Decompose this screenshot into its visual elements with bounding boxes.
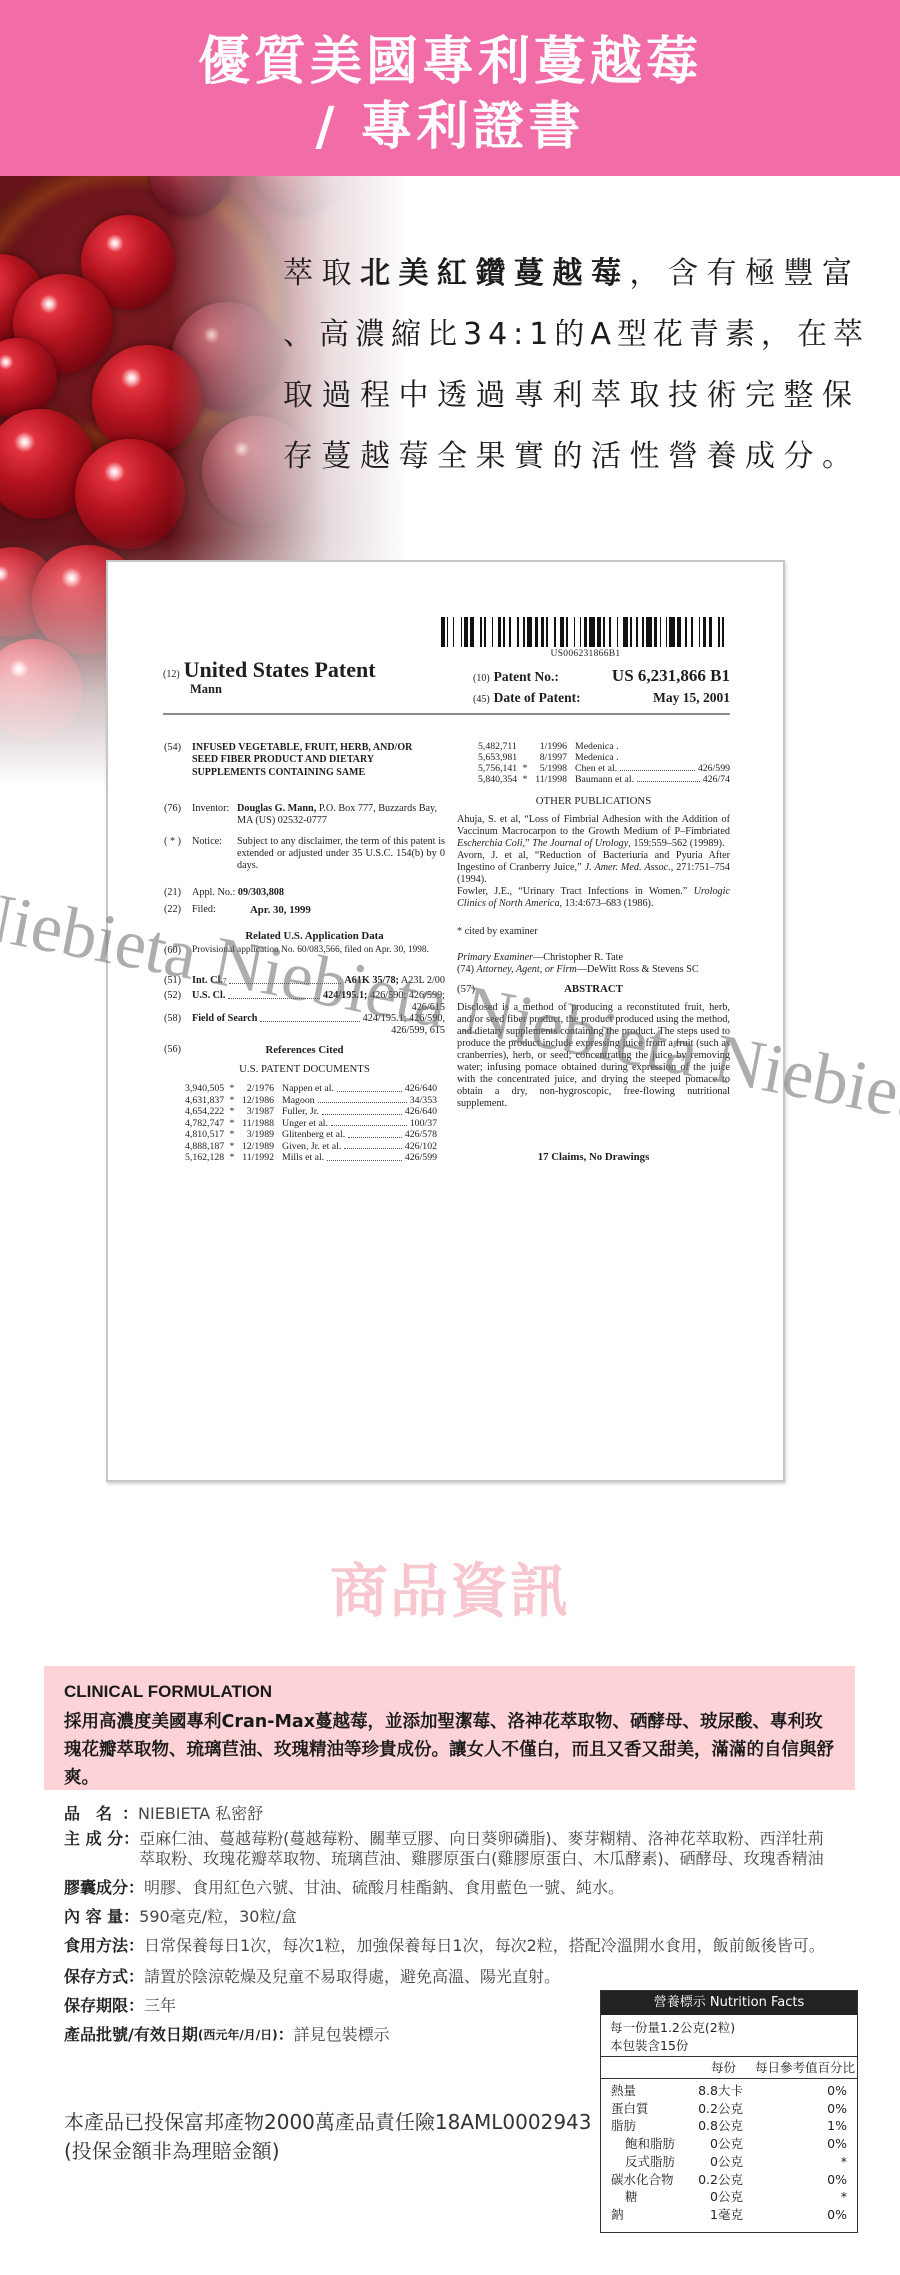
dot-leader: [322, 1114, 402, 1115]
reference-row: 3,940,505 * 2/1976 Nappen et al. 426/640: [185, 1083, 437, 1095]
reference-date: 1/1996: [534, 741, 567, 752]
notice-text: Subject to any disclaimer, the term of t…: [237, 836, 445, 872]
barcode-bar: [699, 617, 701, 647]
application-number-field: (21) Appl. No.: 09/303,808: [164, 887, 445, 899]
publication-text: , 13:4:673–683 (1986).: [560, 898, 654, 909]
nutrient-name: 飽和脂肪: [601, 2135, 693, 2153]
barcode-bar: [523, 617, 525, 647]
barcode-bar: [654, 617, 658, 647]
reference-name: Glitenberg et al.: [282, 1129, 345, 1141]
barcode-bar: [484, 617, 486, 647]
application-number: 09/303,808: [238, 887, 284, 898]
nutrient-daily-value: 0%: [743, 2082, 857, 2100]
barcode-bar: [527, 617, 533, 647]
field-code: (12): [163, 669, 180, 680]
nutrition-row: 鈉 1毫克 0%: [601, 2206, 857, 2224]
reference-number: 4,810,517: [185, 1129, 223, 1141]
reference-class: 426/578: [405, 1129, 437, 1141]
insurance-line: 本產品已投保富邦產物2000萬產品責任險18AML0002943: [64, 2108, 592, 2137]
abstract-heading-row: (57) ABSTRACT: [457, 983, 730, 995]
servings-per-package: 本包裝含15份: [610, 2037, 848, 2055]
barcode-bar: [566, 617, 568, 647]
intro-text: 萃取: [283, 256, 360, 291]
reference-date: 12/1986: [241, 1095, 274, 1107]
product-info-heading: 商品資訊: [0, 1556, 900, 1626]
barcode-bar: [685, 617, 687, 647]
field-of-search-value: 424/195.1; 426/590,: [363, 1013, 445, 1025]
barcode-bar: [546, 617, 548, 647]
nutrient-daily-value: *: [743, 2188, 857, 2206]
inventor-label: Inventor:: [192, 803, 237, 827]
notice-field: ( * ) Notice: Subject to any disclaimer,…: [164, 836, 445, 872]
barcode-bar: [509, 617, 511, 647]
publication-text: Ahuja, S. et al, “Loss of Fimbrial Adhes…: [457, 814, 730, 837]
examiner-star: *: [516, 763, 534, 774]
nutrient-daily-value: 0%: [743, 2171, 857, 2189]
nutrition-row: 熱量 8.8大卡 0%: [601, 2082, 857, 2100]
patent-certificate: US006231866B1 (12) United States Patent …: [106, 560, 785, 1482]
barcode-bar: [722, 617, 724, 647]
nutrition-row: 脂肪 0.8公克 1%: [601, 2117, 857, 2135]
nutrient-per-serving: 0公克: [693, 2153, 743, 2171]
nutrient-per-serving: 0.2公克: [693, 2171, 743, 2189]
detail-row: 膠囊成分 ： 明膠、食用紅色六號、甘油、硫酸月桂酯鈉、食用藍色一號、純水。: [64, 1878, 856, 1898]
field-code: (57): [457, 983, 485, 995]
reference-date: 2/1976: [241, 1083, 274, 1095]
examiner-block: Primary Examiner—Christopher R. Tate (74…: [457, 952, 730, 976]
reference-name: Chen et al.: [575, 763, 617, 774]
reference-class: 426/640: [405, 1106, 437, 1118]
reference-number: 4,654,222: [185, 1106, 223, 1118]
cited-by-examiner-note: * cited by examiner: [457, 926, 730, 938]
reference-date: 11/1988: [241, 1118, 274, 1130]
provisional-field: (60) Provisional application No. 60/083,…: [164, 945, 445, 957]
int-class-edition: 7: [223, 975, 227, 987]
barcode-bar: [517, 617, 519, 647]
dot-leader: [620, 770, 695, 771]
reference-class: 426/599: [698, 763, 730, 774]
page-title-line1: 優質美國專利蔓越莓: [0, 30, 900, 94]
detail-row: 食用方法 ： 日常保養每日1次，每次1粒，加強保養每日1次，每次2粒，搭配冷溫開…: [64, 1936, 856, 1956]
field-code: (22): [164, 904, 192, 916]
field-code: (76): [164, 803, 192, 827]
barcode-bar: [580, 617, 582, 647]
detail-colon: ：: [122, 1804, 138, 1824]
field-code: (10): [473, 673, 490, 684]
barcode-bar: [554, 617, 556, 647]
nutrition-row: 糖 0公克 *: [601, 2188, 857, 2206]
barcode-bar: [630, 617, 632, 647]
detail-label: 保存期限: [64, 1996, 128, 2016]
dot-leader: [337, 1091, 402, 1092]
field-code: (45): [473, 694, 490, 705]
examiner-star: *: [223, 1141, 241, 1153]
dot-leader: [331, 1125, 407, 1126]
reference-row: 4,810,517 * 3/1989 Glitenberg et al. 426…: [185, 1129, 437, 1141]
detail-row: 主 成 分 ： 亞麻仁油、蔓越莓粉(蔓越莓粉、關華豆膠、向日葵卵磷脂)、麥芽糊精…: [64, 1829, 856, 1869]
barcode-bar: [535, 617, 539, 647]
nutrient-name: 脂肪: [601, 2117, 693, 2135]
barcode-bar: [584, 617, 588, 647]
field-of-search-label: Field of Search: [192, 1013, 257, 1025]
intro-paragraph: 萃取北美紅鑽蔓越莓，含有極豐富 、高濃縮比34:1的A型花青素，在萃 取過程中透…: [283, 243, 869, 487]
barcode-bar: [691, 617, 693, 647]
patent-title-field: (54) INFUSED VEGETABLE, FRUIT, HERB, AND…: [164, 742, 445, 779]
publication-entry: Ahuja, S. et al, “Loss of Fimbrial Adhes…: [457, 814, 730, 850]
barcode-bar: [464, 617, 468, 647]
field-of-search-continued: 426/599, 615: [192, 1025, 445, 1037]
nutrient-per-serving: 0公克: [693, 2188, 743, 2206]
barcode-bar: [574, 617, 576, 647]
reference-name: Mills et al.: [282, 1152, 324, 1164]
intro-text: ，含有極豐富: [630, 256, 861, 291]
publication-text: Fowler, J.E., “Urinary Tract Infections …: [457, 886, 694, 897]
barcode-bar: [503, 617, 505, 647]
detail-label: 品 名: [64, 1804, 122, 1824]
reference-name: Given, Jr. et al.: [282, 1141, 341, 1153]
patent-date-label: Date of Patent:: [494, 690, 581, 705]
nutrition-row: 碳水化合物 0.2公克 0%: [601, 2171, 857, 2189]
reference-date: 5/1998: [534, 763, 567, 774]
nutrient-daily-value: 0%: [743, 2100, 857, 2118]
patent-title: INFUSED VEGETABLE, FRUIT, HERB, AND/OR S…: [192, 742, 427, 779]
barcode-bar: [461, 617, 463, 647]
nutrition-facts-table: 營養標示 Nutrition Facts 每一份量1.2公克(2粒) 本包裝含1…: [600, 1990, 858, 2233]
barcode-bar: [636, 617, 638, 647]
patent-type: United States Patent: [184, 657, 376, 682]
filed-label: Filed:: [192, 904, 250, 916]
detail-label: 膠囊成分: [64, 1878, 128, 1898]
barcode-bar: [492, 617, 494, 647]
reference-number: 4,782,747: [185, 1118, 223, 1130]
us-patent-documents-heading: U.S. PATENT DOCUMENTS: [164, 1063, 445, 1075]
formulation-text: 採用高濃度美國專利Cran-Max蔓越莓，並添加聖潔莓、洛神花萃取物、硒酵母、玻…: [64, 1708, 835, 1792]
reference-number: 5,482,711: [478, 741, 516, 752]
examiner-name: —Christopher R. Tate: [533, 952, 623, 963]
detail-colon: ：: [278, 2025, 294, 2045]
barcode-bar: [642, 617, 644, 647]
barcode-bar: [453, 617, 455, 647]
barcode-icon: [441, 617, 730, 647]
dot-leader: [344, 1148, 402, 1149]
barcode-bar: [498, 617, 502, 647]
examiner-star: *: [223, 1118, 241, 1130]
patent-type-block: (12) United States Patent Mann: [163, 658, 376, 697]
barcode-bar: [470, 617, 474, 647]
examiner-star: *: [223, 1152, 241, 1164]
other-publications-list: Ahuja, S. et al, “Loss of Fimbrial Adhes…: [457, 814, 730, 910]
reference-name: Nappen et al.: [282, 1083, 334, 1095]
publication-text: Escherchia Coli,: [457, 838, 525, 849]
notice-label: Notice:: [192, 836, 237, 872]
attorney-name: —DeWitt Ross & Stevens SC: [577, 964, 699, 975]
intro-line: 取過程中透過專利萃取技術完整保: [283, 365, 869, 426]
field-code: (58): [164, 1013, 192, 1037]
reference-row: 4,782,747 * 11/1988 Unger et al. 100/37: [185, 1118, 437, 1130]
nutrition-row: 飽和脂肪 0公克 0%: [601, 2135, 857, 2153]
nutrition-rows: 熱量 8.8大卡 0% 蛋白質 0.2公克 0% 脂肪 0.8公克 1% 飽和脂…: [601, 2079, 857, 2224]
col-per-serving: 每份: [601, 2057, 736, 2078]
nutrient-name: 蛋白質: [601, 2100, 693, 2118]
detail-colon: ：: [123, 1829, 139, 1869]
barcode-bar: [447, 617, 449, 647]
reference-number: 3,940,505: [185, 1083, 223, 1095]
detail-colon: ：: [128, 1967, 144, 1987]
claims-summary: 17 Claims, No Drawings: [457, 1151, 730, 1163]
reference-number: 5,840,354: [478, 774, 516, 785]
reference-class: 426/74: [703, 774, 730, 785]
examiner-star: *: [223, 1095, 241, 1107]
detail-value: 590毫克/粒，30粒/盒: [139, 1907, 856, 1927]
page-header-banner: 優質美國專利蔓越莓 / 專利證書: [0, 0, 900, 176]
nutrient-daily-value: 0%: [743, 2206, 857, 2224]
detail-row: 品 名 ： NIEBIETA 私密舒: [64, 1804, 856, 1824]
nutrient-per-serving: 8.8大卡: [693, 2082, 743, 2100]
nutrition-title: 營養標示 Nutrition Facts: [601, 1991, 857, 2015]
detail-value: NIEBIETA 私密舒: [138, 1804, 856, 1824]
insurance-disclaimer: (投保金額非為理賠金額): [64, 2137, 592, 2166]
reference-class: 426/102: [405, 1141, 437, 1153]
barcode-bar: [541, 617, 545, 647]
publication-text: , 159:559–562 (19989).: [628, 838, 724, 849]
nutrient-name: 糖: [601, 2188, 693, 2206]
examiner-star: *: [516, 774, 534, 785]
nutrient-name: 熱量: [601, 2082, 693, 2100]
reference-row: 4,888,187 * 12/1989 Given, Jr. et al. 42…: [185, 1141, 437, 1153]
barcode-bar: [677, 617, 681, 647]
field-code: (54): [164, 742, 192, 779]
detail-colon: ：: [128, 1996, 144, 2016]
intro-highlight: 北美紅鑽蔓越莓: [360, 256, 630, 291]
reference-date: 8/1997: [534, 752, 567, 763]
patent-date: May 15, 2001: [653, 688, 730, 707]
dot-leader: [229, 983, 341, 984]
reference-number: 4,888,187: [185, 1141, 223, 1153]
barcode-bar: [480, 617, 482, 647]
us-class-label: U.S. Cl.: [192, 990, 225, 1002]
reference-class: 426/640: [405, 1083, 437, 1095]
detail-label: 內 容 量: [64, 1907, 123, 1927]
serving-size: 每一份量1.2公克(2粒): [610, 2019, 848, 2037]
field-code: ( * ): [164, 836, 192, 872]
intro-line: 、高濃縮比34:1的A型花青素，在萃: [283, 304, 869, 365]
reference-row: 5,653,981 8/1997 Medenica .: [478, 752, 730, 763]
reference-number: 4,631,837: [185, 1095, 223, 1107]
reference-class: 426/599: [405, 1152, 437, 1164]
barcode-bar: [666, 617, 668, 647]
nutrition-column-headers: 每份 每日參考值百分比: [601, 2057, 857, 2079]
inventor-field: (76) Inventor: Douglas G. Mann, P.O. Box…: [164, 803, 445, 827]
header-divider: [163, 713, 730, 715]
references-heading: References Cited: [192, 1044, 445, 1056]
reference-date: 11/1998: [534, 774, 567, 785]
examiner-star: *: [223, 1083, 241, 1095]
int-class-secondary: A23L 2/00: [399, 975, 445, 987]
filed-date-field: (22) Filed: Apr. 30, 1999: [164, 904, 445, 916]
col-daily-value: 每日參考值百分比: [736, 2057, 857, 2078]
references-heading-row: (56) References Cited: [164, 1044, 445, 1056]
reference-date: 11/1992: [241, 1152, 274, 1164]
references-list-left: 3,940,505 * 2/1976 Nappen et al. 426/640…: [185, 1083, 437, 1164]
attorney-label: Attorney, Agent, or Firm: [477, 964, 577, 975]
dot-leader: [348, 1137, 402, 1138]
reference-class: 34/353: [410, 1095, 437, 1107]
dot-leader: [637, 781, 700, 782]
nutrient-daily-value: 1%: [743, 2117, 857, 2135]
dot-leader: [318, 1102, 407, 1103]
insurance-note: 本產品已投保富邦產物2000萬產品責任險18AML0002943 (投保金額非為…: [64, 2108, 592, 2166]
field-code: (56): [164, 1044, 192, 1056]
page-title-line2: / 專利證書: [0, 95, 900, 159]
nutrient-per-serving: 0.8公克: [693, 2117, 743, 2135]
reference-row: 4,654,222 * 3/1987 Fuller, Jr. 426/640: [185, 1106, 437, 1118]
abstract-heading: ABSTRACT: [485, 983, 730, 995]
detail-label: 產品批號/有效日期: [64, 2025, 198, 2045]
nutrient-per-serving: 0公克: [693, 2135, 743, 2153]
reference-name: Unger et al.: [282, 1118, 328, 1130]
reference-number: 5,162,128: [185, 1152, 223, 1164]
examiner-star: *: [223, 1129, 241, 1141]
patent-number: US 6,231,866 B1: [612, 666, 730, 685]
intro-line: 萃取北美紅鑽蔓越莓，含有極豐富: [283, 243, 869, 304]
dot-leader: [260, 1021, 359, 1022]
barcode-bar: [617, 617, 619, 647]
reference-class: 100/37: [410, 1118, 437, 1130]
reference-date: 3/1989: [241, 1129, 274, 1141]
reference-row: 5,482,711 1/1996 Medenica .: [478, 741, 730, 752]
reference-name: Medenica .: [575, 752, 619, 763]
field-code: (51): [164, 975, 192, 987]
detail-label: 食用方法: [64, 1936, 128, 1956]
barcode-bar: [597, 617, 601, 647]
examiner-star: *: [223, 1106, 241, 1118]
filed-date: Apr. 30, 1999: [250, 904, 445, 916]
dot-leader: [228, 998, 320, 999]
int-class-field: (51) Int. Cl.7A61K 35/78; A23L 2/00: [164, 975, 445, 987]
reference-date: 12/1989: [241, 1141, 274, 1153]
reference-number: 5,756,141: [478, 763, 516, 774]
nutrient-daily-value: 0%: [743, 2135, 857, 2153]
nutrient-name: 反式脂肪: [601, 2153, 693, 2171]
patent-number-block: (10) Patent No.:US 6,231,866 B1 (45) Dat…: [473, 666, 730, 709]
int-class-primary: A61K 35/78;: [344, 975, 399, 987]
nutrition-row: 反式脂肪 0公克 *: [601, 2153, 857, 2171]
reference-number: 5,653,981: [478, 752, 516, 763]
field-code: (60): [164, 945, 192, 957]
field-code: (52): [164, 990, 192, 1014]
barcode-bar: [623, 617, 629, 647]
other-publications-heading: OTHER PUBLICATIONS: [457, 795, 730, 807]
related-application-heading: Related U.S. Application Data: [164, 930, 445, 942]
references-list-right: 5,482,711 1/1996 Medenica . 5,653,981 8/…: [478, 741, 730, 785]
formulation-title: CLINICAL FORMULATION: [64, 1682, 835, 1702]
detail-value: 明膠、食用紅色六號、甘油、硫酸月桂酯鈉、食用藍色一號、純水。: [144, 1878, 856, 1898]
barcode-number: US006231866B1: [441, 649, 730, 659]
dot-leader: [327, 1160, 402, 1161]
nutrient-per-serving: 1毫克: [693, 2206, 743, 2224]
barcode-bar: [703, 617, 707, 647]
barcode-bar: [646, 617, 652, 647]
detail-colon: ：: [128, 1936, 144, 1956]
detail-label: 主 成 分: [64, 1829, 123, 1869]
inventor-surname: Mann: [190, 682, 376, 697]
barcode-bar: [441, 617, 445, 647]
barcode-bar: [669, 617, 675, 647]
publication-text: The Journal of Urology: [532, 838, 628, 849]
nutrition-row: 蛋白質 0.2公克 0%: [601, 2100, 857, 2118]
barcode-bar: [603, 617, 605, 647]
serving-info: 每一份量1.2公克(2粒) 本包裝含15份: [601, 2015, 857, 2057]
detail-row: 內 容 量 ： 590毫克/粒，30粒/盒: [64, 1907, 856, 1927]
detail-row: 保存方式 ： 請置於陰涼乾燥及兒童不易取得處，避免高溫、陽光直射。: [64, 1967, 856, 1987]
detail-value: 日常保養每日1次，每次1粒，加強保養每日1次，每次2粒，搭配冷溫開水食用，飯前飯…: [144, 1936, 856, 1956]
barcode-bar: [660, 617, 662, 647]
publication-entry: Avorn, J. et al, “Reduction of Bacteriur…: [457, 850, 730, 886]
reference-name: Baumann et al.: [575, 774, 634, 785]
reference-name: Magoon: [282, 1095, 315, 1107]
reference-row: 5,756,141 * 5/1998 Chen et al. 426/599: [478, 763, 730, 774]
int-class-label: Int. Cl.: [192, 975, 223, 987]
barcode-bar: [709, 617, 713, 647]
detail-label: 保存方式: [64, 1967, 128, 1987]
nutrient-per-serving: 0.2公克: [693, 2100, 743, 2118]
field-of-search: (58) Field of Search424/195.1; 426/590, …: [164, 1013, 445, 1037]
barcode-bar: [609, 617, 611, 647]
nutrient-daily-value: *: [743, 2153, 857, 2171]
field-code: (74): [457, 964, 477, 975]
examiner-label: Primary Examiner: [457, 952, 533, 963]
reference-row: 4,631,837 * 12/1986 Magoon 34/353: [185, 1095, 437, 1107]
barcode-bar: [560, 617, 564, 647]
field-code: (21): [164, 887, 192, 899]
patent-number-label: Patent No.:: [494, 669, 559, 684]
detail-label-note: (西元年/月/日): [198, 2025, 278, 2045]
detail-colon: ：: [123, 1907, 139, 1927]
provisional-text: Provisional application No. 60/083,566, …: [192, 945, 445, 957]
nutrient-name: 碳水化合物: [601, 2171, 693, 2189]
us-class-primary: 424/195.1;: [323, 990, 367, 1002]
application-number-label: Appl. No.:: [192, 887, 238, 898]
inventor-name: Douglas G. Mann,: [237, 803, 316, 814]
abstract-text: Disclosed is a method of producing a rec…: [457, 1002, 730, 1110]
publication-entry: Fowler, J.E., “Urinary Tract Infections …: [457, 886, 730, 910]
reference-name: Medenica .: [575, 741, 619, 752]
detail-value: 亞麻仁油、蔓越莓粉(蔓越莓粉、關華豆膠、向日葵卵磷脂)、麥芽糊精、洛神花萃取粉、…: [139, 1829, 839, 1869]
nutrient-name: 鈉: [601, 2206, 693, 2224]
detail-value: 請置於陰涼乾燥及兒童不易取得處，避免高溫、陽光直射。: [144, 1967, 856, 1987]
reference-row: 5,840,354 * 11/1998 Baumann et al. 426/7…: [478, 774, 730, 785]
clinical-formulation-box: CLINICAL FORMULATION 採用高濃度美國專利Cran-Max蔓越…: [44, 1666, 855, 1790]
reference-row: 5,162,128 * 11/1992 Mills et al. 426/599: [185, 1152, 437, 1164]
barcode-bar: [589, 617, 595, 647]
reference-name: Fuller, Jr.: [282, 1106, 319, 1118]
us-class-field: (52) U.S. Cl.424/195.1; 426/590; 426/599…: [164, 990, 445, 1014]
us-class-secondary: 426/590; 426/599;: [367, 990, 445, 1002]
reference-date: 3/1987: [241, 1106, 274, 1118]
detail-colon: ：: [128, 1878, 144, 1898]
barcode-bar: [718, 617, 720, 647]
publication-text: J. Amer. Med. Assoc.: [585, 862, 671, 873]
intro-line: 存蔓越莓全果實的活性營養成分。: [283, 426, 869, 487]
